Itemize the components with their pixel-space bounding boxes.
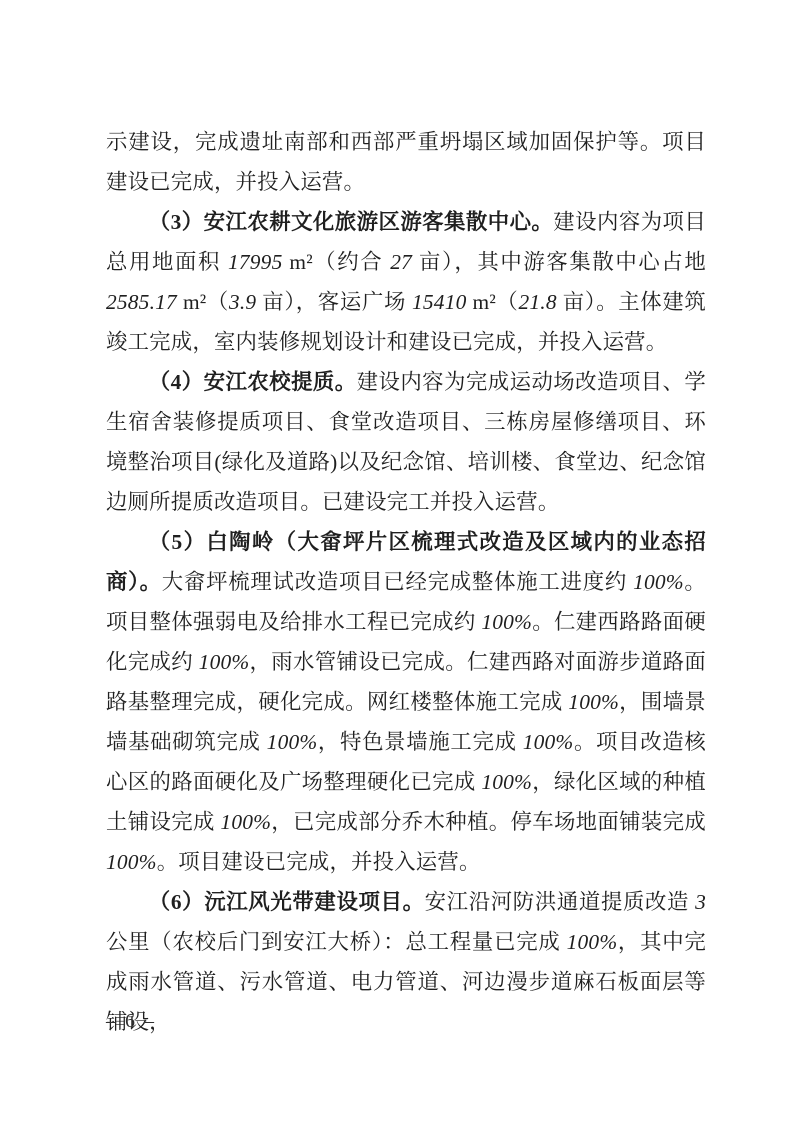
page-number: – 6 – [106, 1006, 156, 1036]
paragraph-5: （6）沅江风光带建设项目。安江沿河防洪通道提质改造 3 公里（农校后门到安江大桥… [106, 882, 706, 1042]
text-run: 3 [695, 890, 706, 914]
text-run: 。项目建设已完成，并投入运营。 [157, 850, 481, 874]
text-run: 亩），客运广场 [256, 290, 412, 314]
paragraph-2: （3）安江农耕文化旅游区游客集散中心。建设内容为项目总用地面积 17995 m²… [106, 202, 706, 362]
text-run: 100% [523, 730, 574, 754]
text-run: 100% [633, 570, 684, 594]
text-run: 100% [481, 770, 532, 794]
text-run: 大畲坪梳理试改造项目已经完成整体施工进度约 [162, 570, 633, 594]
text-run: 安江沿河防洪通道提质改造 [425, 890, 695, 914]
text-run: ，特色景墙施工完成 [317, 730, 522, 754]
text-run: （3）安江农耕文化旅游区游客集散中心。 [149, 210, 554, 234]
text-run: 示建设，完成遗址南部和西部严重坍塌区域加固保护等。项目建设已完成，并投入运营。 [106, 130, 706, 194]
text-run: 100% [199, 650, 250, 674]
text-run: 100% [267, 730, 318, 754]
text-run: 15410 [412, 290, 466, 314]
paragraph-4: （5）白陶岭（大畲坪片区梳理式改造及区域内的业态招商）。大畲坪梳理试改造项目已经… [106, 522, 706, 882]
text-run: ，已完成部分乔木种植。停车场地面铺装完成 [271, 810, 706, 834]
text-run: 100% [567, 930, 618, 954]
text-run: 3.9 [229, 290, 256, 314]
text-run: m²（约合 [282, 250, 390, 274]
text-run: m²（ [467, 290, 519, 314]
paragraph-1: 示建设，完成遗址南部和西部严重坍塌区域加固保护等。项目建设已完成，并投入运营。 [106, 122, 706, 202]
text-run: （4）安江农校提质。 [149, 370, 357, 394]
text-run: 公里（农校后门到安江大桥）：总工程量已完成 [106, 930, 567, 954]
text-run: 100% [568, 690, 619, 714]
text-run: 亩），其中游客集散中心占地 [412, 250, 706, 274]
text-run: 100% [106, 850, 157, 874]
text-run: 100% [481, 610, 532, 634]
document-body: 示建设，完成遗址南部和西部严重坍塌区域加固保护等。项目建设已完成，并投入运营。（… [106, 122, 706, 1042]
text-run: （6）沅江风光带建设项目。 [149, 890, 425, 914]
text-run: 17995 [228, 250, 282, 274]
text-run: 100% [220, 810, 271, 834]
text-run: m²（ [177, 290, 229, 314]
text-run: 21.8 [519, 290, 557, 314]
text-run: 2585.17 [106, 290, 177, 314]
document-page: 示建设，完成遗址南部和西部严重坍塌区域加固保护等。项目建设已完成，并投入运营。（… [0, 0, 793, 1122]
text-run: 27 [390, 250, 412, 274]
paragraph-3: （4）安江农校提质。建设内容为完成运动场改造项目、学生宿舍装修提质项目、食堂改造… [106, 362, 706, 522]
